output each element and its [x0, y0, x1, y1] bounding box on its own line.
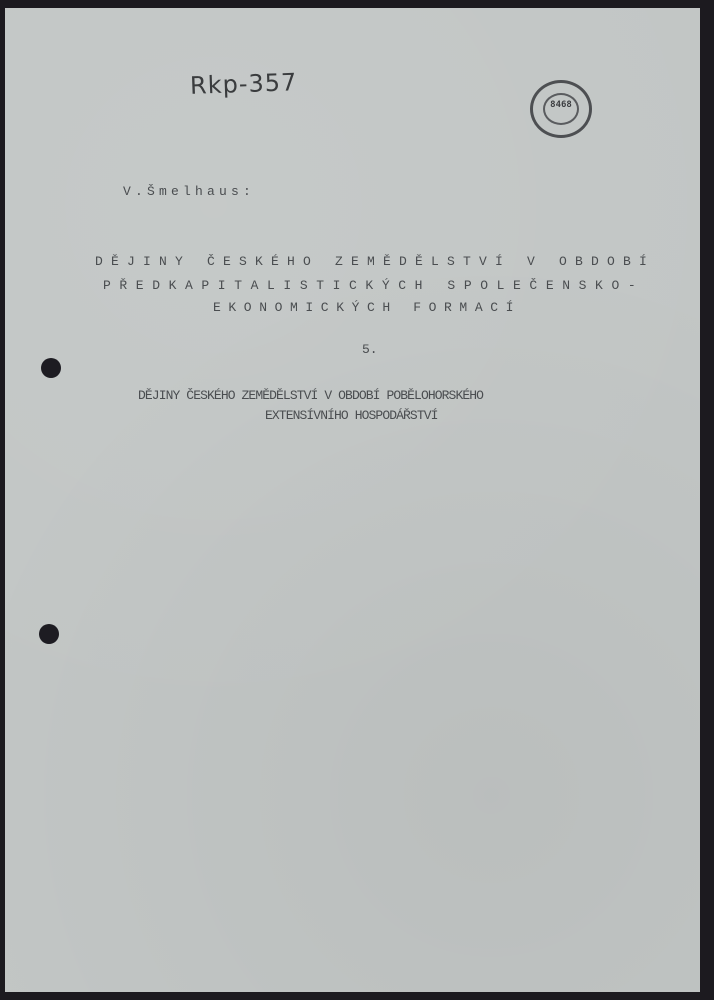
- main-title-line-3: EKONOMICKÝCH FORMACÍ: [213, 300, 521, 315]
- stamp-number: 8468: [533, 100, 589, 110]
- main-title-line-1: DĚJINY ČESKÉHO ZEMĚDĚLSTVÍ V OBDOBÍ: [95, 254, 655, 269]
- document-page: Rkp-357 8468 V.Šmelhaus: DĚJINY ČESKÉHO …: [5, 8, 700, 992]
- punch-hole: [41, 358, 61, 378]
- volume-number: 5.: [362, 342, 378, 357]
- author-name: V.Šmelhaus:: [123, 184, 255, 199]
- subtitle-line-2: EXTENSÍVNÍHO HOSPODÁŘSTVÍ: [265, 408, 438, 423]
- handwritten-signature-mark: Rkp-357: [190, 68, 298, 100]
- main-title-line-2: PŘEDKAPITALISTICKÝCH SPOLEČENSKO-: [103, 278, 644, 293]
- punch-hole: [39, 624, 59, 644]
- library-stamp-icon: 8468: [530, 80, 592, 138]
- subtitle-line-1: DĚJINY ČESKÉHO ZEMĚDĚLSTVÍ V OBDOBÍ POBĚ…: [138, 388, 483, 403]
